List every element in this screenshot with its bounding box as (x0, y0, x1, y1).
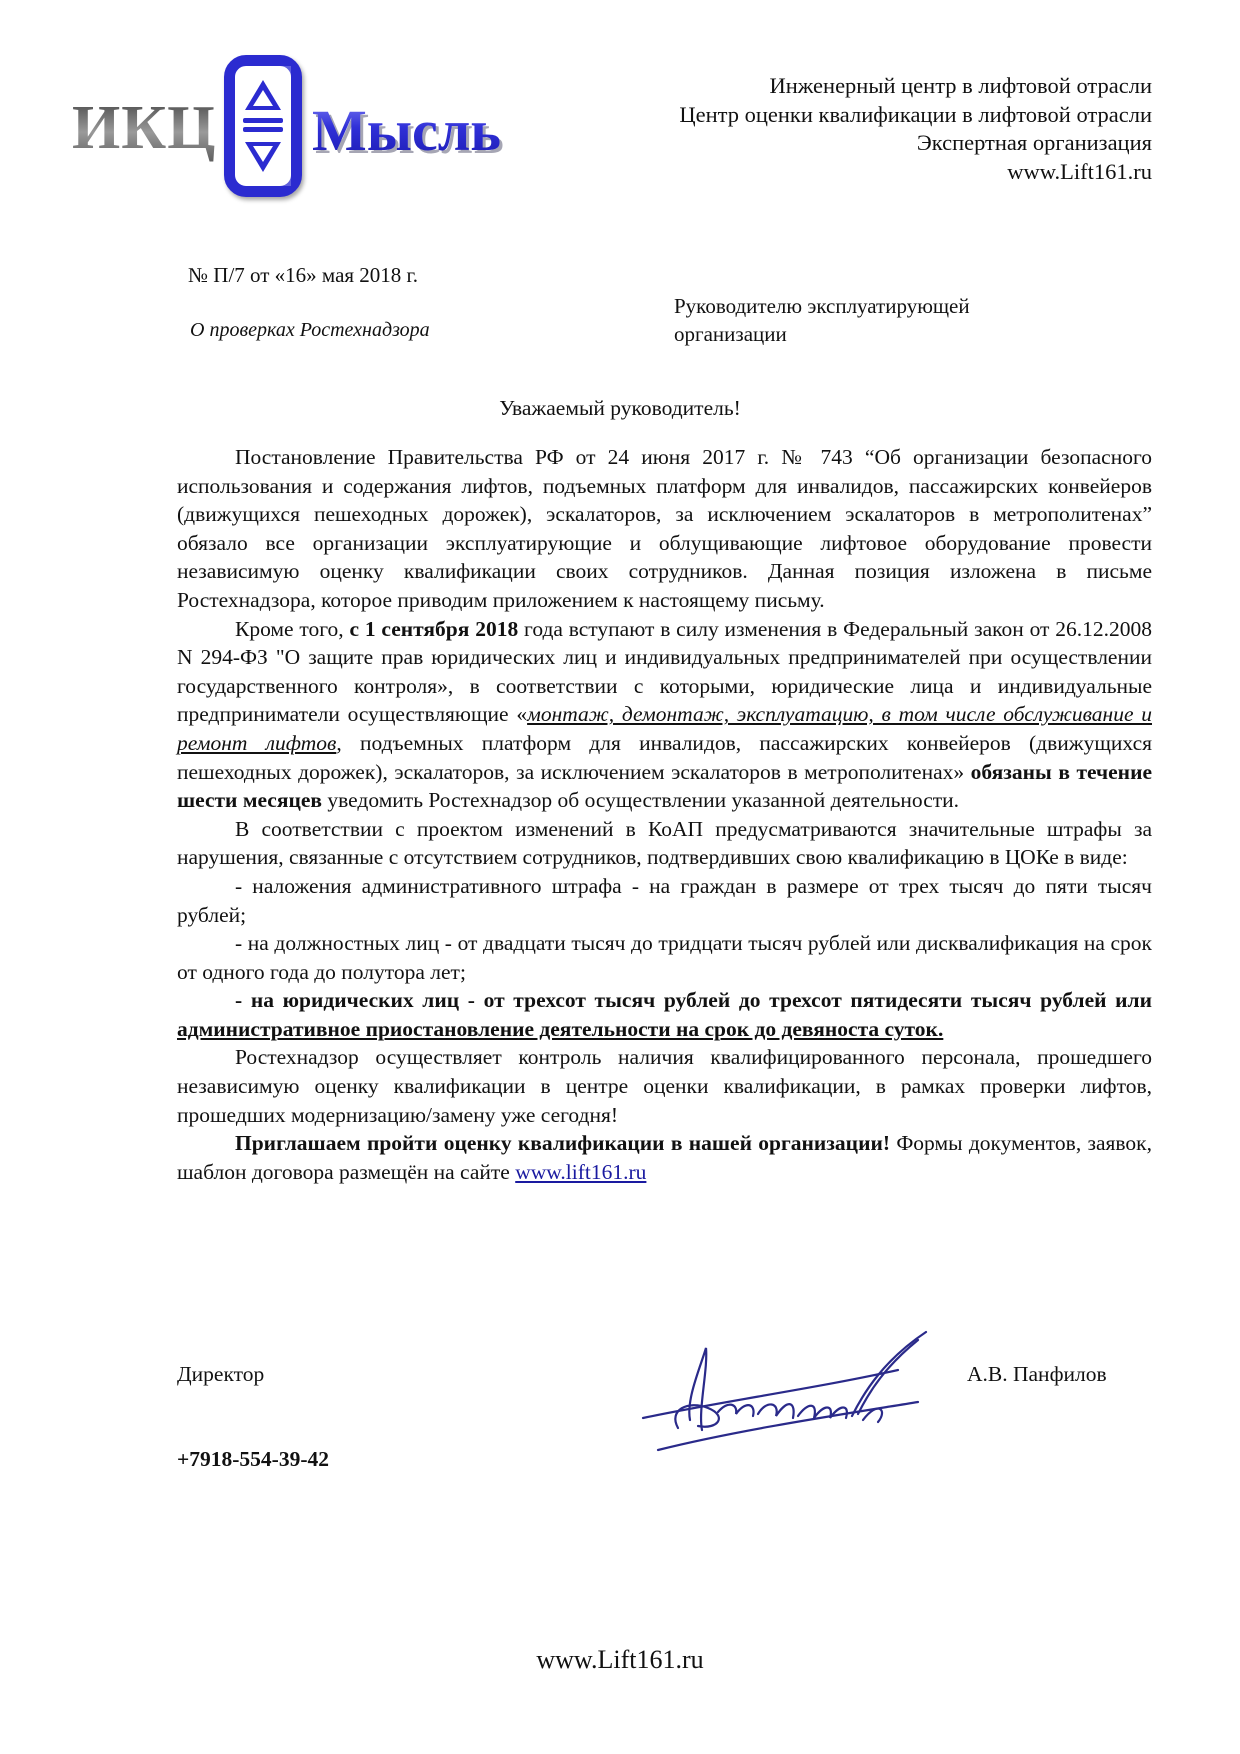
logo-text-mysl: Мысль (312, 97, 501, 164)
letter-body: Постановление Правительства РФ от 24 июн… (177, 443, 1152, 1186)
letter-subject: О проверках Ростехнадзора (190, 319, 430, 342)
company-logo: ИКЦ Мысль Мысль (72, 55, 542, 205)
logo-text-ikc: ИКЦ (72, 93, 216, 164)
handwritten-signature (638, 1330, 1008, 1455)
addressee-line-1: Руководителю эксплуатирующей (674, 292, 970, 320)
fine-item-legal-text: - на юридических лиц - от трехсот тысяч … (235, 988, 1152, 1012)
paragraph-1: Постановление Правительства РФ от 24 июн… (177, 443, 1152, 615)
fine-item-legal-entities: - на юридических лиц - от трехсот тысяч … (177, 986, 1152, 1043)
elevator-up-down-icon (224, 55, 302, 197)
letter-reference: № П/7 от «16» мая 2018 г. (188, 263, 418, 288)
paragraph-2-text-a: Кроме того, (235, 617, 349, 641)
org-line-1: Инженерный центр в лифтовой отрасли (679, 72, 1152, 101)
paragraph-2: Кроме того, с 1 сентября 2018 года вступ… (177, 615, 1152, 815)
paragraph-5: Приглашаем пройти оценку квалификации в … (177, 1129, 1152, 1186)
fine-item-officials: - на должностных лиц - от двадцати тысяч… (177, 929, 1152, 986)
addressee-line-2: организации (674, 320, 970, 348)
invitation: Приглашаем пройти оценку квалификации в … (235, 1131, 890, 1155)
suspension-penalty: административное приостановление деятель… (177, 1017, 943, 1041)
organization-info: Инженерный центр в лифтовой отрасли Цент… (679, 72, 1152, 186)
signatory-name: А.В. Панфилов (967, 1362, 1107, 1387)
greeting: Уважаемый руководитель! (0, 396, 1240, 421)
paragraph-2-text-d: уведомить Ростехнадзор об осуществлении … (322, 788, 959, 812)
footer-website: www.Lift161.ru (0, 1645, 1240, 1675)
org-website: www.Lift161.ru (679, 158, 1152, 187)
website-link[interactable]: www.lift161.ru (515, 1160, 646, 1184)
org-line-3: Экспертная организация (679, 129, 1152, 158)
addressee: Руководителю эксплуатирующей организации (674, 292, 970, 348)
effective-date: с 1 сентября 2018 (349, 617, 518, 641)
fine-item-citizens: - наложения административного штрафа - н… (177, 872, 1152, 929)
signatory-title: Директор (177, 1362, 264, 1387)
paragraph-4: Ростехнадзор осуществляет контроль налич… (177, 1043, 1152, 1129)
paragraph-3: В соответствии с проектом изменений в Ко… (177, 815, 1152, 872)
org-line-2: Центр оценки квалификации в лифтовой отр… (679, 101, 1152, 130)
contact-phone: +7918-554-39-42 (177, 1447, 329, 1472)
